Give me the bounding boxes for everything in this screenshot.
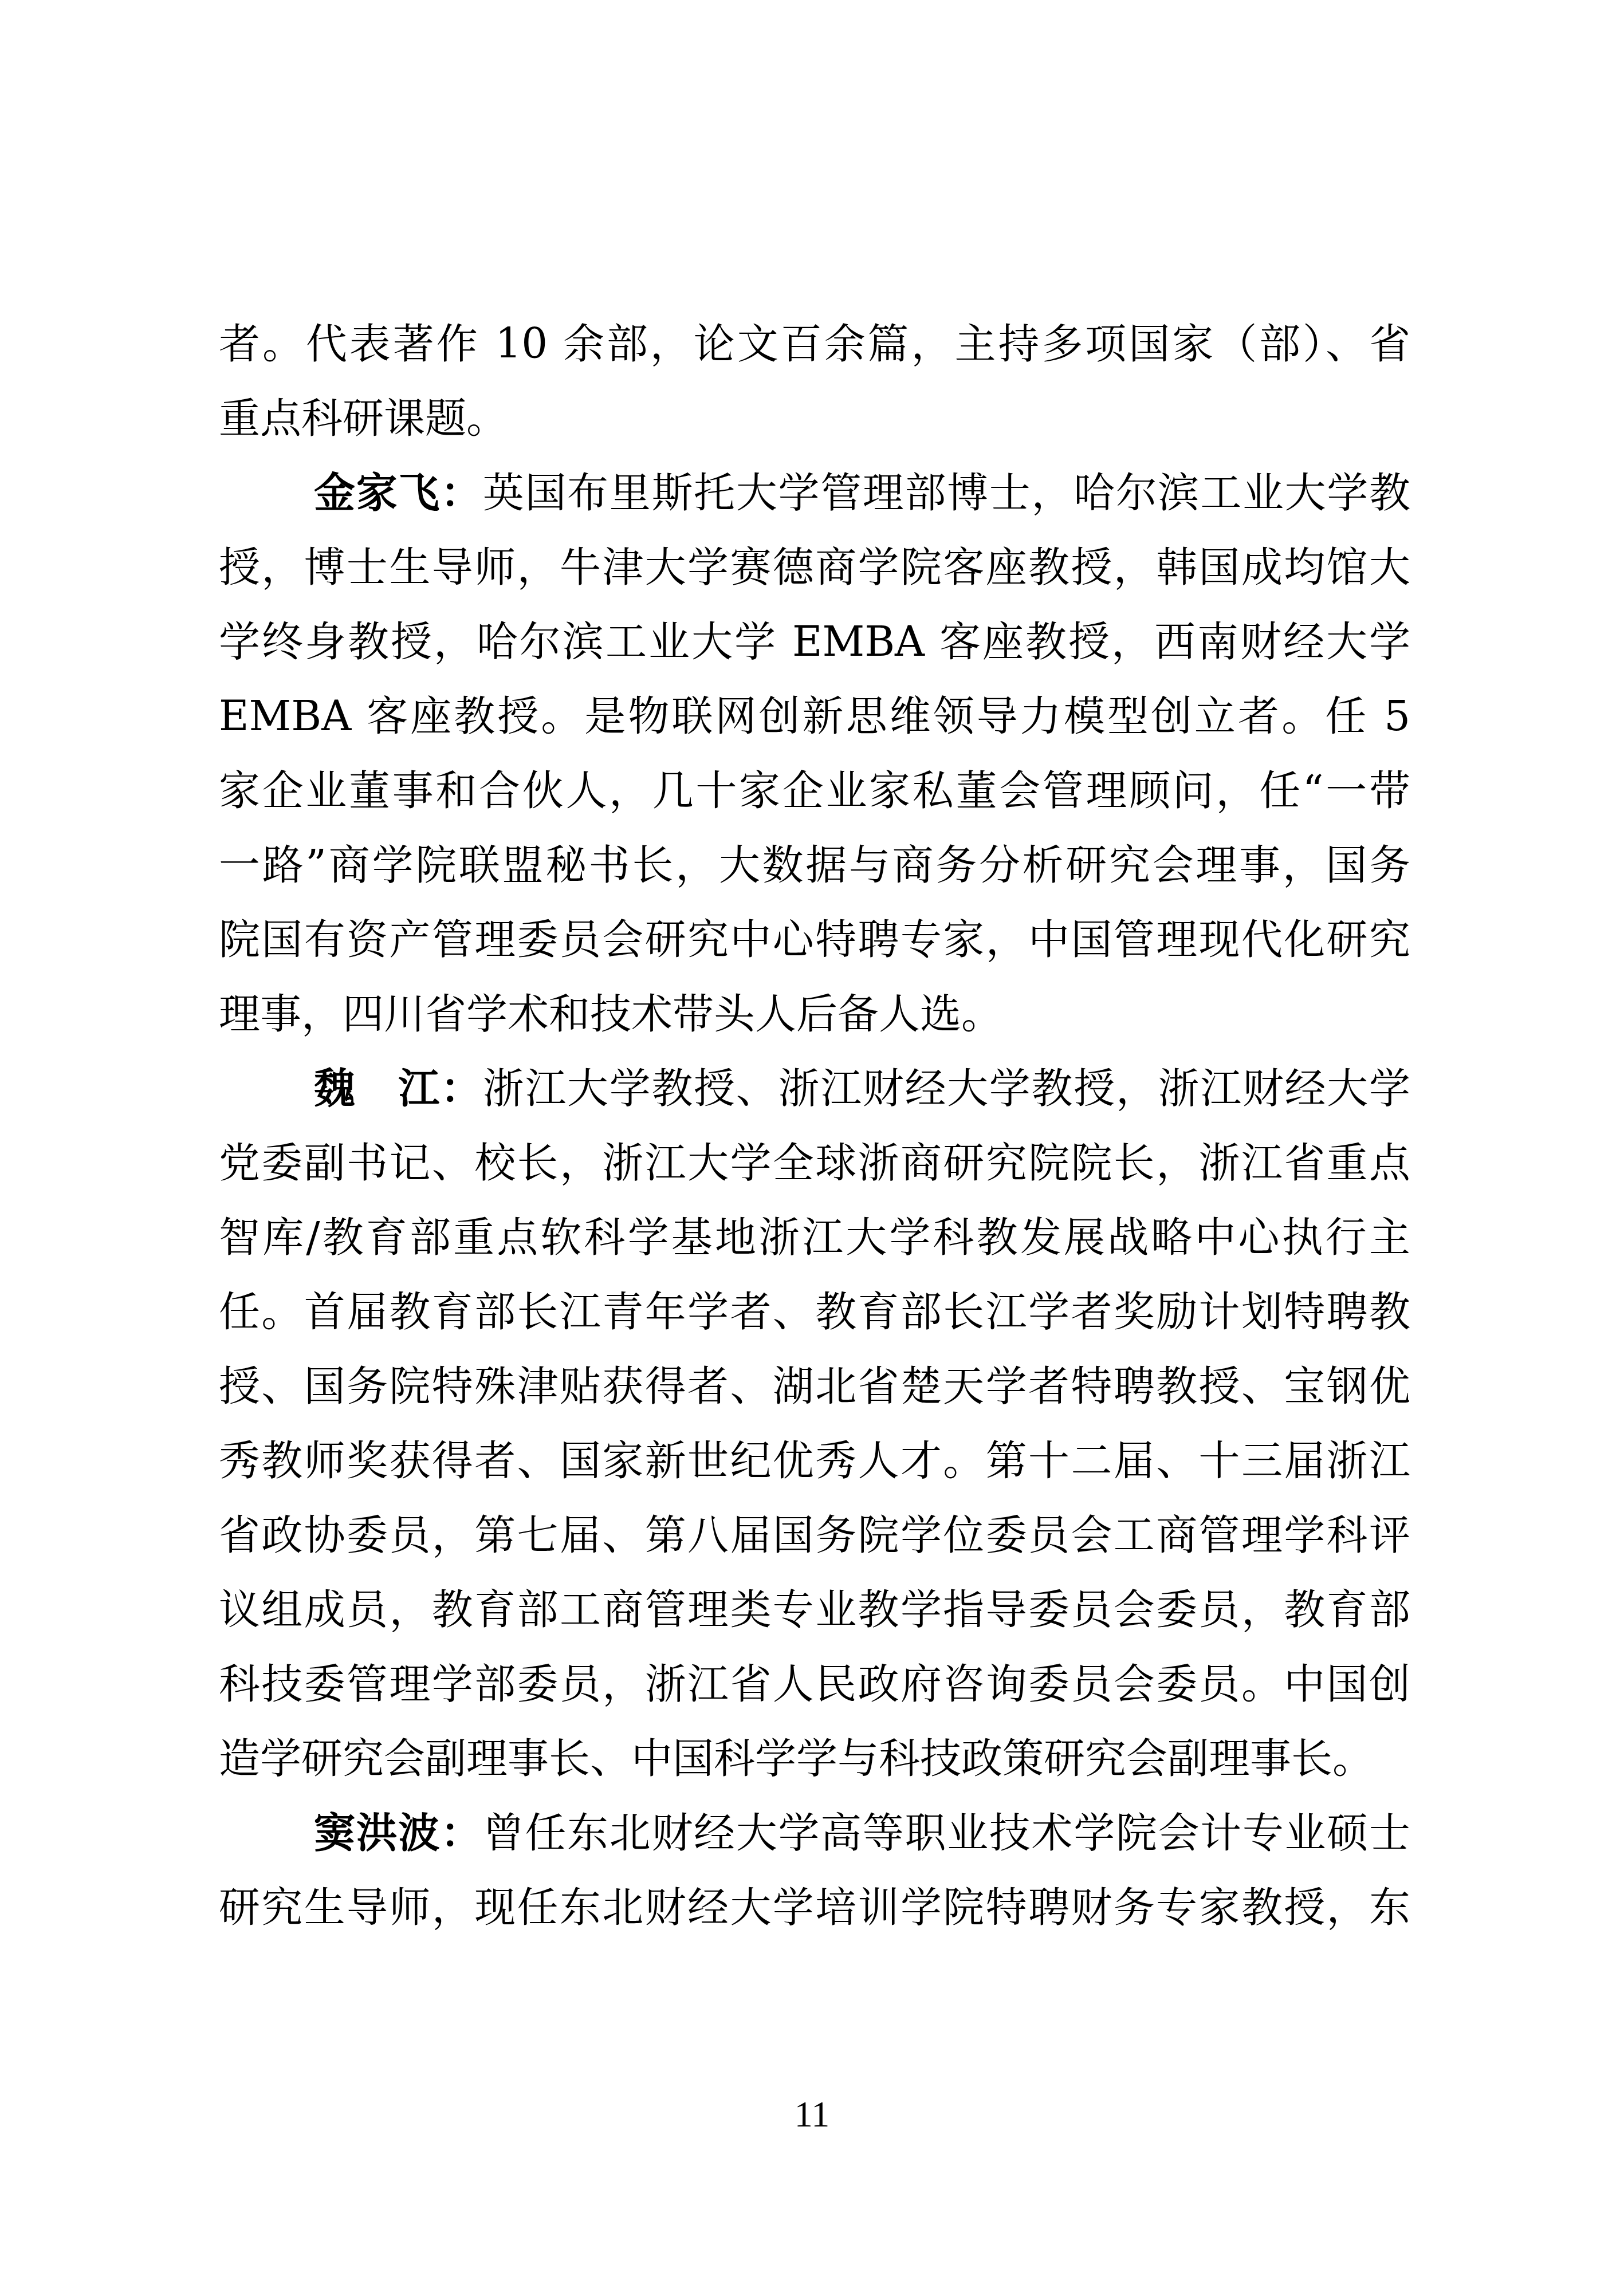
paragraph-line: 研究生导师，现任东北财经大学培训学院特聘财务专家教授，东 (219, 1876, 1410, 1939)
page-number: 11 (0, 2093, 1624, 2136)
bio-heading-line: 金家飞：英国布里斯托大学管理部博士，哈尔滨工业大学教 (314, 461, 1410, 524)
paragraph-text: 浙江大学教授、浙江财经大学教授，浙江财经大学 (483, 1064, 1410, 1112)
paragraph-line: 者。代表著作 10 余部，论文百余篇，主持多项国家（部）、省 (219, 312, 1410, 375)
paragraph-text: 曾任东北财经大学高等职业技术学院会计专业硕士 (483, 1809, 1410, 1857)
paragraph-line: 省政协委员，第七届、第八届国务院学位委员会工商管理学科评 (219, 1503, 1410, 1566)
bio-heading-line: 窦洪波：曾任东北财经大学高等职业技术学院会计专业硕士 (314, 1801, 1410, 1864)
paragraph-line: 理事，四川省学术和技术带头人后备人选。 (219, 982, 1410, 1045)
paragraph-line: 院国有资产管理委员会研究中心特聘专家，中国管理现代化研究 (219, 908, 1410, 971)
person-name: 窦洪波： (314, 1809, 483, 1857)
paragraph-line: 科技委管理学部委员，浙江省人民政府咨询委员会委员。中国创 (219, 1652, 1410, 1715)
paragraph-line: 任。首届教育部长江青年学者、教育部长江学者奖励计划特聘教 (219, 1280, 1410, 1343)
person-name: 金家飞： (314, 468, 483, 517)
paragraph-line: 议组成员，教育部工商管理类专业教学指导委员会委员，教育部 (219, 1578, 1410, 1641)
paragraph-line: 党委副书记、校长，浙江大学全球浙商研究院院长，浙江省重点 (219, 1131, 1410, 1194)
paragraph-line: 家企业董事和合伙人，几十家企业家私董会管理顾问，任“一带 (219, 759, 1410, 822)
bio-heading-line: 魏 江：浙江大学教授、浙江财经大学教授，浙江财经大学 (314, 1057, 1410, 1120)
paragraph-line: 学终身教授，哈尔滨工业大学 EMBA 客座教授，西南财经大学 (219, 610, 1410, 673)
person-name: 魏 江： (314, 1064, 483, 1112)
paragraph-line: 授，博士生导师，牛津大学赛德商学院客座教授，韩国成均馆大 (219, 535, 1410, 598)
paragraph-text: 英国布里斯托大学管理部博士，哈尔滨工业大学教 (483, 468, 1410, 517)
paragraph-line: 智库/教育部重点软科学基地浙江大学科教发展战略中心执行主 (219, 1206, 1410, 1269)
paragraph-line: 一路”商学院联盟秘书长，大数据与商务分析研究会理事，国务 (219, 833, 1410, 896)
paragraph-line: 重点科研课题。 (219, 387, 1410, 450)
paragraph-line: 秀教师奖获得者、国家新世纪优秀人才。第十二届、十三届浙江 (219, 1429, 1410, 1492)
paragraph-line: EMBA 客座教授。是物联网创新思维领导力模型创立者。任 5 (219, 684, 1410, 747)
document-page: 者。代表著作 10 余部，论文百余篇，主持多项国家（部）、省 重点科研课题。 金… (0, 0, 1624, 2296)
paragraph-line: 授、国务院特殊津贴获得者、湖北省楚天学者特聘教授、宝钢优 (219, 1354, 1410, 1417)
paragraph-line: 造学研究会副理事长、中国科学学与科技政策研究会副理事长。 (219, 1727, 1410, 1790)
